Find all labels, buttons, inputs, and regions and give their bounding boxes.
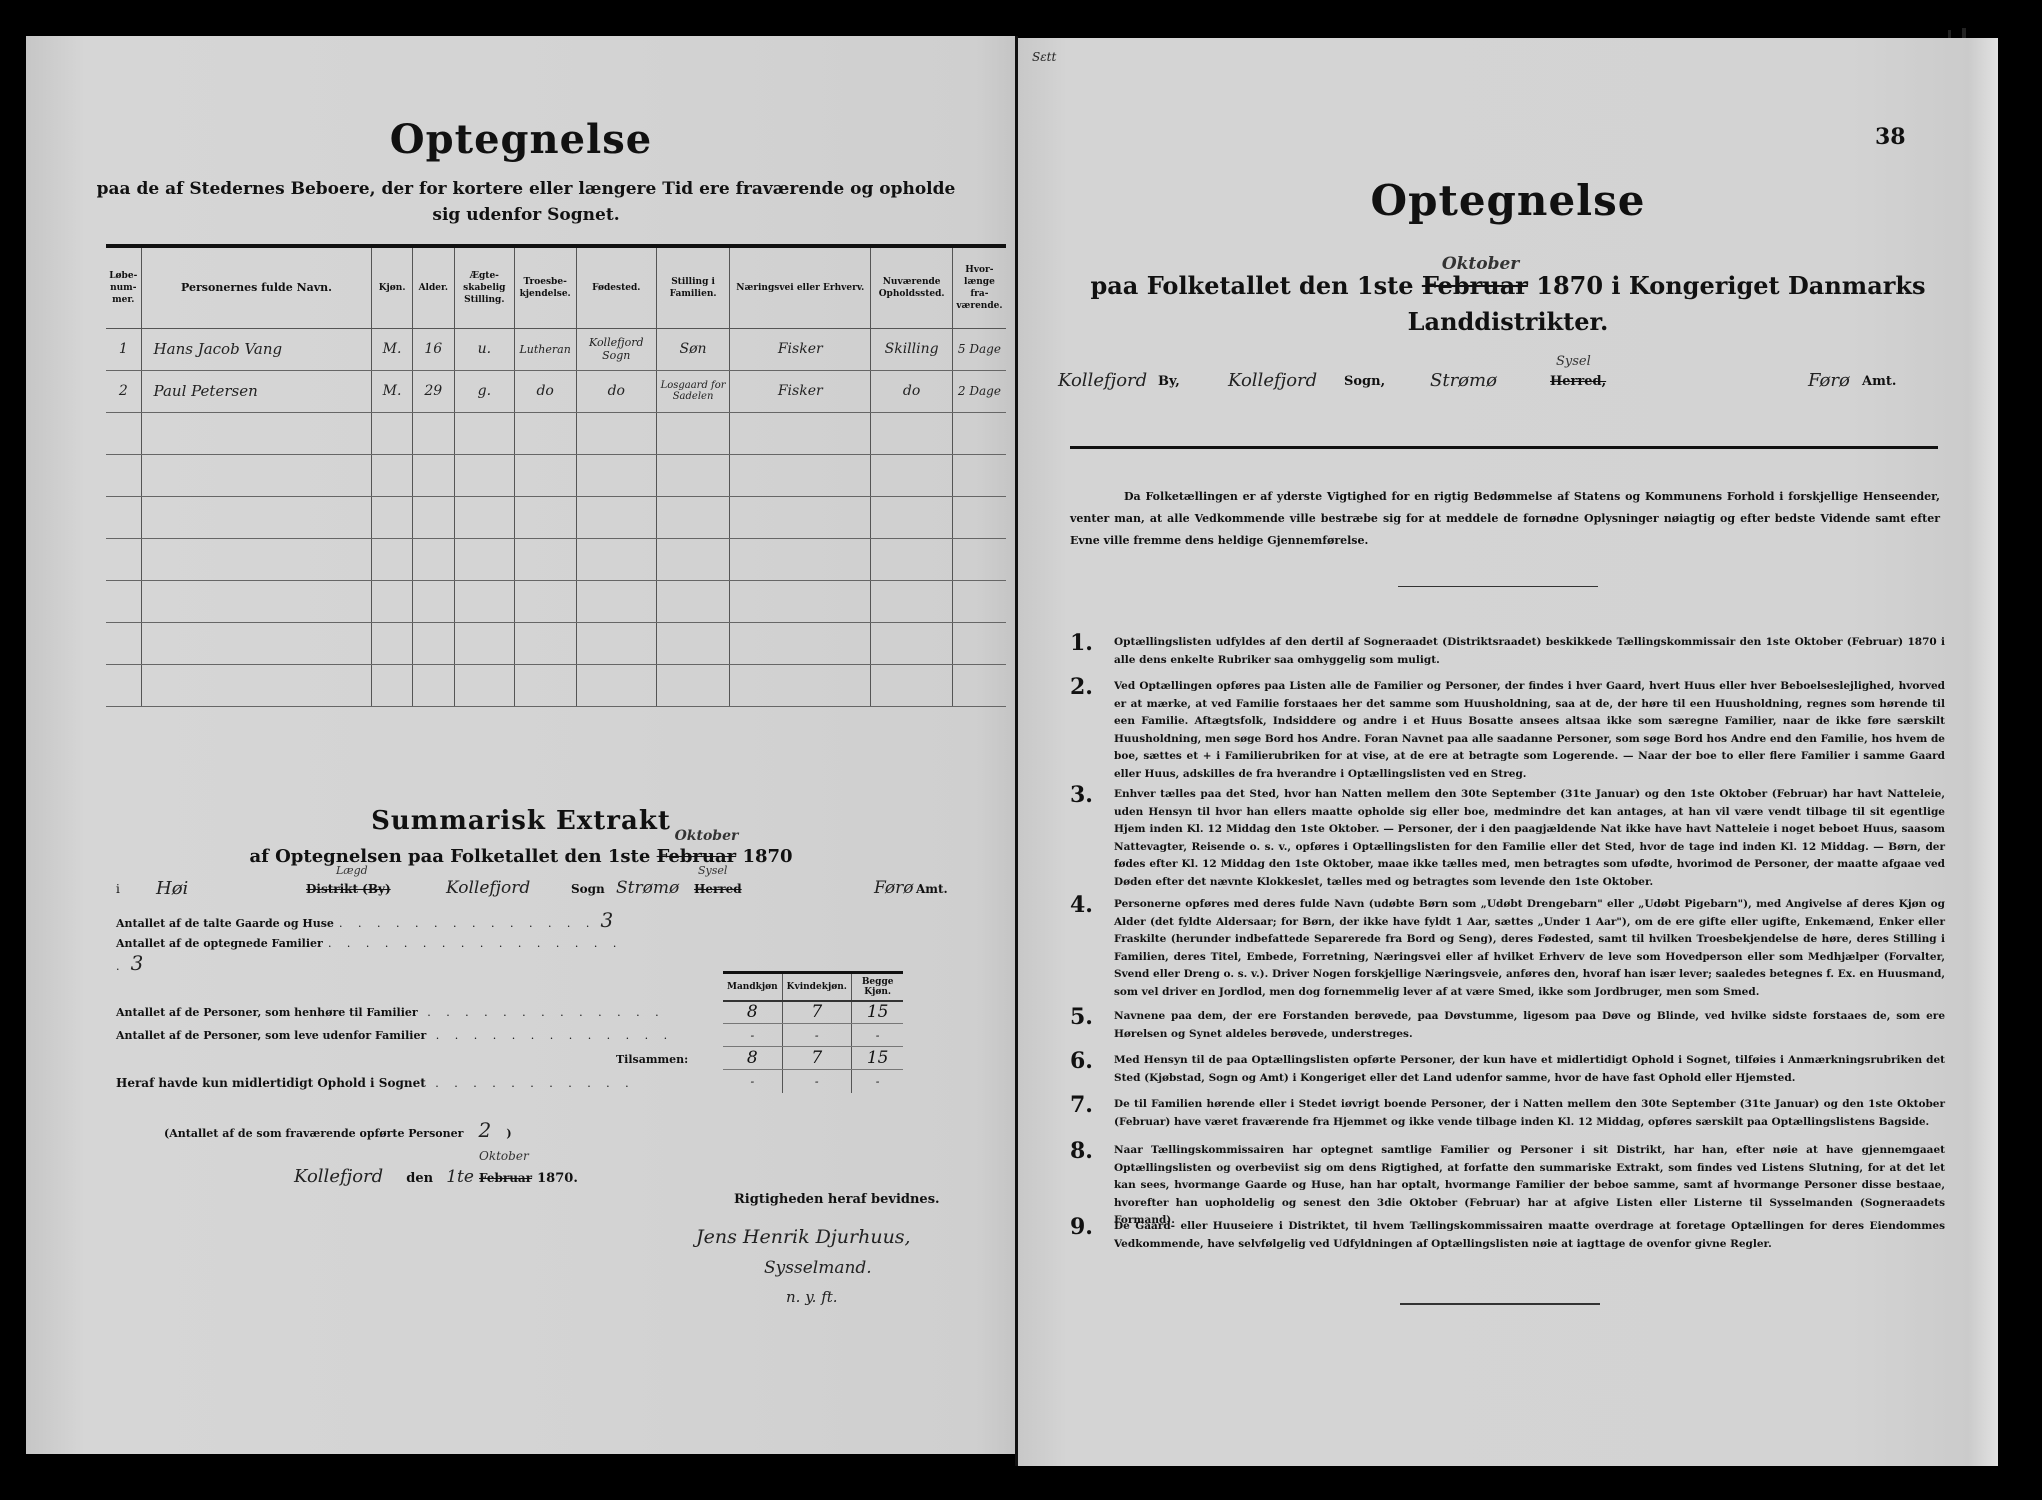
table-row: - - - xyxy=(723,1024,903,1047)
district-inserted: Lægd xyxy=(336,864,368,877)
cell-number: 2 xyxy=(106,370,141,412)
right-page-title: Optegnelse xyxy=(1018,176,1998,225)
cell-sex: M. xyxy=(372,370,412,412)
farms-count-row: Antallet af de talte Gaarde og Huse . . … xyxy=(116,908,636,932)
date-day: 1te xyxy=(446,1167,474,1187)
instruction-4: 4. Personerne opføres med deres fulde Na… xyxy=(1070,896,1945,1001)
left-page-title: Optegnelse xyxy=(26,116,1016,163)
summary-title: Summarisk Extrakt xyxy=(26,806,1016,836)
table-header-row: Løbe-num-mer. Personernes fulde Navn. Kj… xyxy=(106,246,1006,328)
divider-rule xyxy=(1070,446,1938,449)
right-page-subtitle: paa Folketallet den 1ste Oktober Februar… xyxy=(1018,268,1998,340)
count-label-total: Tilsammen: xyxy=(616,1048,688,1067)
herred-handwritten: Strømø xyxy=(1430,370,1497,391)
instruction-7: 7. De til Familien hørende eller i Stede… xyxy=(1070,1096,1945,1131)
table-row-empty xyxy=(106,580,1006,622)
col-header-sex: Kjøn. xyxy=(372,246,412,328)
margin-mark: i xyxy=(116,882,120,896)
col-header-age: Alder. xyxy=(412,246,454,328)
herred-label: Herred, xyxy=(1550,374,1606,389)
inserted-month: Oktober xyxy=(1442,246,1519,282)
table-row: 2 Paul Petersen M. 29 g. do do Losgaard … xyxy=(106,370,1006,412)
table-row: - - - xyxy=(723,1070,903,1093)
cell-birthplace: do xyxy=(576,370,656,412)
inserted-month: Oktober xyxy=(675,828,739,844)
cell-marital: u. xyxy=(454,328,514,370)
cell-name: Hans Jacob Vang xyxy=(141,328,372,370)
cell-current-residence: do xyxy=(871,370,952,412)
right-page: Sεtt 38 Optegnelse paa Folketallet den 1… xyxy=(1018,38,1998,1466)
herred-inserted: Sysel xyxy=(698,864,727,877)
cell-absence-duration: 5 Dage xyxy=(952,328,1006,370)
col-header-name: Personernes fulde Navn. xyxy=(141,246,372,328)
divider-short xyxy=(1398,586,1598,587)
amt-handwritten: Førø xyxy=(1808,370,1850,391)
count-label-temporary: Heraf havde kun midlertidigt Ophold i So… xyxy=(116,1072,635,1091)
margin-note: Sεtt xyxy=(1032,50,1056,64)
instruction-5: 5. Navnene paa dem, der ere Forstanden b… xyxy=(1070,1008,1945,1043)
col-header-both: Begge Kjøn. xyxy=(851,973,903,1001)
parish-handwritten: Kollefjord xyxy=(446,878,530,898)
cell-occupation: Fisker xyxy=(730,328,871,370)
col-header-religion: Troesbe-kjendelse. xyxy=(514,246,576,328)
instruction-9: 9. De Gaard- eller Huuseiere i Distrikte… xyxy=(1070,1218,1945,1253)
signature-title: Sysselmand. xyxy=(764,1258,872,1278)
families-count-value: 3 xyxy=(131,951,144,975)
instruction-1: 1. Optællingslisten udfyldes af den dert… xyxy=(1070,634,1945,669)
amt-handwritten: Førø xyxy=(874,878,913,898)
subtitle-line2: Landdistrikter. xyxy=(1018,304,1998,340)
left-page-subtitle: paa de af Stedernes Beboere, der for kor… xyxy=(86,176,966,228)
summary-location: i Høi Lægd Distrikt (By) Kollefjord Sogn… xyxy=(116,876,996,906)
cell-name: Paul Petersen xyxy=(141,370,372,412)
farms-count-value: 3 xyxy=(601,908,614,932)
count-label-outside: Antallet af de Personer, som leve udenfo… xyxy=(116,1024,673,1043)
right-page-location: Kollefjord By, Kollefjord Sogn, Strømø S… xyxy=(1058,368,1938,404)
cell-age: 29 xyxy=(412,370,454,412)
signature-extra: n. y. ft. xyxy=(786,1288,838,1306)
sogn-handwritten: Kollefjord xyxy=(1228,370,1317,391)
herred-label: Herred xyxy=(694,882,742,896)
table-row-empty xyxy=(106,496,1006,538)
col-header-male: Mandkjøn xyxy=(723,973,782,1001)
place-handwritten: Høi xyxy=(156,878,188,899)
page-number: 38 xyxy=(1875,124,1906,150)
col-header-current-residence: Nuværende Opholdssted. xyxy=(871,246,952,328)
col-header-absence-duration: Hvor-længe fra-værende. xyxy=(952,246,1006,328)
cell-absence-duration: 2 Dage xyxy=(952,370,1006,412)
district-label: Distrikt (By) xyxy=(306,882,391,896)
date-line: Kollefjord den 1te Oktober Februar 1870. xyxy=(294,1166,578,1187)
herred-handwritten: Strømø xyxy=(616,878,679,898)
intro-paragraph: Da Folketællingen er af yderste Vigtighe… xyxy=(1070,486,1940,552)
date-month-struck: Februar xyxy=(479,1171,532,1185)
instruction-8: 8. Naar Tællingskommissairen har optegne… xyxy=(1070,1142,1945,1230)
cell-family-position: Losgaard for Sadelen xyxy=(656,370,729,412)
cell-current-residence: Skilling xyxy=(871,328,952,370)
date-place: Kollefjord xyxy=(294,1166,383,1187)
cell-family-position: Søn xyxy=(656,328,729,370)
col-header-occupation: Næringsvei eller Erhverv. xyxy=(730,246,871,328)
amt-label: Amt. xyxy=(916,882,948,896)
summary-subtitle: af Optegnelsen paa Folketallet den 1ste … xyxy=(26,846,1016,867)
table-row-empty xyxy=(106,454,1006,496)
cell-occupation: Fisker xyxy=(730,370,871,412)
persons-count-table: Mandkjøn Kvindekjøn. Begge Kjøn. 8 7 15 … xyxy=(723,971,903,1093)
count-label-families: Antallet af de Personer, som henhøre til… xyxy=(116,1001,665,1020)
cell-birthplace: Kollefjord Sogn xyxy=(576,328,656,370)
divider-end xyxy=(1400,1303,1600,1305)
table-row: 1 Hans Jacob Vang M. 16 u. Lutheran Koll… xyxy=(106,328,1006,370)
cell-religion: do xyxy=(514,370,576,412)
col-header-female: Kvindekjøn. xyxy=(782,973,851,1001)
table-row: 8 7 15 xyxy=(723,1047,903,1070)
date-month-inserted: Oktober xyxy=(479,1149,529,1163)
col-header-number: Løbe-num-mer. xyxy=(106,246,141,328)
table-row: 8 7 15 xyxy=(723,1001,903,1024)
instruction-2: 2. Ved Optællingen opføres paa Listen al… xyxy=(1070,678,1945,783)
absent-persons-count: (Antallet af de som fraværende opførte P… xyxy=(164,1118,512,1142)
table-row-empty xyxy=(106,664,1006,706)
by-handwritten: Kollefjord xyxy=(1058,370,1147,391)
col-header-family-position: Stilling i Familien. xyxy=(656,246,729,328)
instruction-3: 3. Enhver tælles paa det Sted, hvor han … xyxy=(1070,786,1945,891)
signature-name: Jens Henrik Djurhuus, xyxy=(696,1226,911,1248)
sogn-label: Sogn, xyxy=(1344,374,1385,389)
cell-religion: Lutheran xyxy=(514,328,576,370)
amt-label: Amt. xyxy=(1862,374,1896,389)
absent-count-value: 2 xyxy=(479,1118,492,1142)
cell-marital: g. xyxy=(454,370,514,412)
cell-number: 1 xyxy=(106,328,141,370)
families-count-row: Antallet af de optegnede Familier . . . … xyxy=(116,932,636,975)
parish-label: Sogn xyxy=(571,882,605,896)
instruction-6: 6. Med Hensyn til de paa Optællingsliste… xyxy=(1070,1052,1945,1087)
by-label: By, xyxy=(1158,374,1180,389)
cell-sex: M. xyxy=(372,328,412,370)
herred-inserted: Sysel xyxy=(1556,354,1591,369)
certification-text: Rigtigheden heraf bevidnes. xyxy=(734,1192,940,1207)
col-header-marital: Ægte-skabelig Stilling. xyxy=(454,246,514,328)
table-row-empty xyxy=(106,412,1006,454)
left-page: Optegnelse paa de af Stedernes Beboere, … xyxy=(26,36,1016,1454)
absent-persons-table: Løbe-num-mer. Personernes fulde Navn. Kj… xyxy=(106,244,1006,707)
table-row-empty xyxy=(106,538,1006,580)
cell-age: 16 xyxy=(412,328,454,370)
table-row-empty xyxy=(106,622,1006,664)
col-header-birthplace: Fødested. xyxy=(576,246,656,328)
